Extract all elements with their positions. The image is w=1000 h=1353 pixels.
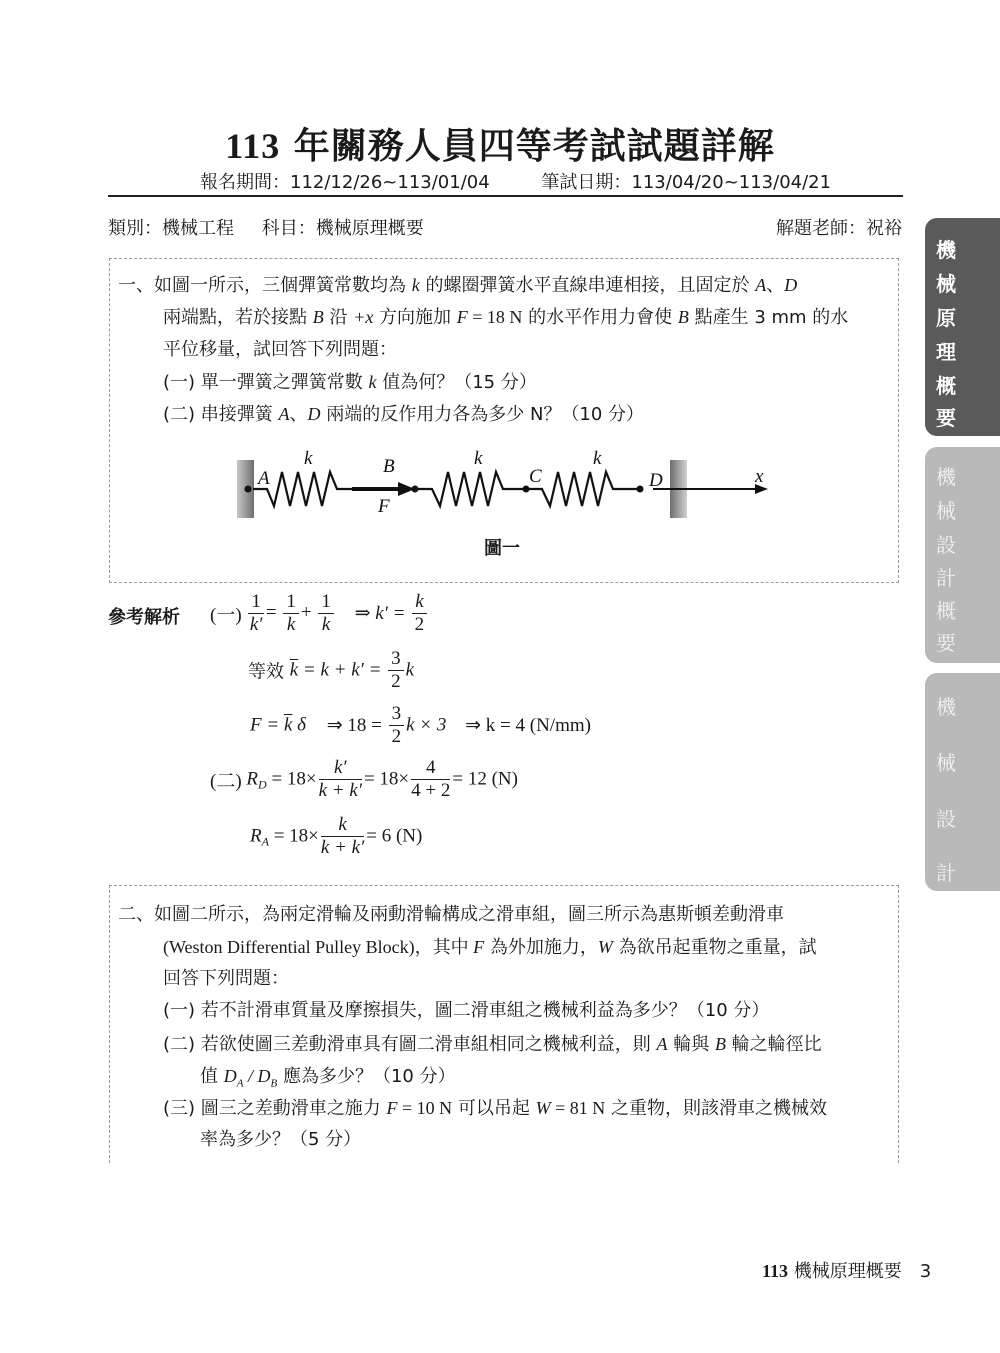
label-D: D (648, 470, 663, 491)
side-tab-machine-design[interactable]: 機 械 設 計 (925, 673, 1000, 891)
label-k1: k (304, 448, 313, 469)
solution-eq-3: F = k δ ⇒ 18 = 32k × 3 ⇒ k = 4 (N/mm) (250, 703, 591, 748)
exam-dates: 報名期間：112/12/26~113/01/04 筆試日期：113/04/20~… (200, 168, 877, 194)
exam-meta: 類別：機械工程 科目：機械原理概要 (108, 214, 424, 240)
subject: 科目：機械原理概要 (262, 218, 424, 239)
category: 類別：機械工程 (108, 218, 234, 239)
page-title: 113 年關務人員四等考試試題詳解 (0, 118, 1000, 169)
figure-1-caption: 圖一 (484, 538, 520, 560)
q2-sub-3: (三) 圖三之差動滑車之施力 F = 10 N 可以吊起 W = 81 N 之重… (163, 1097, 827, 1120)
page-footer: 113 機械原理概要3 (762, 1257, 931, 1283)
label-x: x (754, 466, 764, 487)
q2-sub-3-line-2: 率為多少？（5 分） (200, 1129, 361, 1151)
exam-date: 筆試日期：113/04/20~113/04/21 (541, 172, 831, 193)
q2-line-1: 二、如圖二所示，為兩定滑輪及兩動滑輪構成之滑車組，圖三所示為惠斯頓差動滑車 (118, 904, 784, 926)
solution-eq-4: (二) RD = 18×k′k + k′= 18×44 + 2= 12 (N) (210, 757, 518, 802)
figure-1-spring-diagram: A k B F k C k D x (220, 440, 800, 530)
solution-label: 參考解析 (108, 607, 180, 629)
q2-sub-2: (二) 若欲使圖三差動滑車具有圖二滑車組相同之機械利益，則 A 輪與 B 輪之輪… (163, 1033, 822, 1056)
label-B: B (383, 456, 395, 477)
page-number: 3 (920, 1261, 931, 1282)
q2-line-3: 回答下列問題： (163, 968, 289, 990)
teacher: 解題老師：祝裕 (776, 214, 902, 240)
label-C: C (529, 466, 542, 487)
side-tab-machine-design-outline[interactable]: 機 械 設 計 概 要 (925, 447, 1000, 663)
label-k3: k (593, 448, 602, 469)
q1-line-3: 平位移量，試回答下列問題： (163, 339, 397, 361)
question-2-box (109, 885, 899, 1163)
q1-sub-1: (一) 單一彈簧之彈簧常數 k 值為何？（15 分） (163, 371, 537, 394)
q1-sub-2: (二) 串接彈簧 A、D 兩端的反作用力各為多少 N？（10 分） (163, 403, 644, 426)
label-A: A (256, 468, 270, 489)
registration-period: 報名期間：112/12/26~113/01/04 (200, 172, 490, 193)
q1-line-1: 一、如圖一所示，三個彈簧常數均為 k 的螺圈彈簧水平直線串連相接，且固定於 A、… (118, 274, 797, 297)
q2-sub-2-line-2: 值 DA / DB 應為多少？（10 分） (200, 1065, 456, 1095)
q2-sub-1: (一) 若不計滑車質量及摩擦損失，圖二滑車組之機械利益為多少？（10 分） (163, 1000, 769, 1022)
q1-line-2: 兩端點，若於接點 B 沿 +x 方向施加 F = 18 N 的水平作用力會使 B… (163, 306, 848, 329)
solution-eq-2: 等效 k = k + k′ = 32k (248, 648, 414, 693)
solution-eq-1: (一) 1k′= 1k+ 1k ⇒ k′ = k2 (210, 591, 429, 636)
solution-eq-5: RA = 18×kk + k′= 6 (N) (250, 814, 422, 859)
side-tab-mechanical-principles[interactable]: 機 械 原 理 概 要 (925, 218, 1000, 436)
label-F: F (377, 496, 390, 517)
q2-line-2: (Weston Differential Pulley Block)，其中 F … (163, 936, 817, 959)
header-divider (108, 195, 903, 197)
label-k2: k (474, 448, 483, 469)
